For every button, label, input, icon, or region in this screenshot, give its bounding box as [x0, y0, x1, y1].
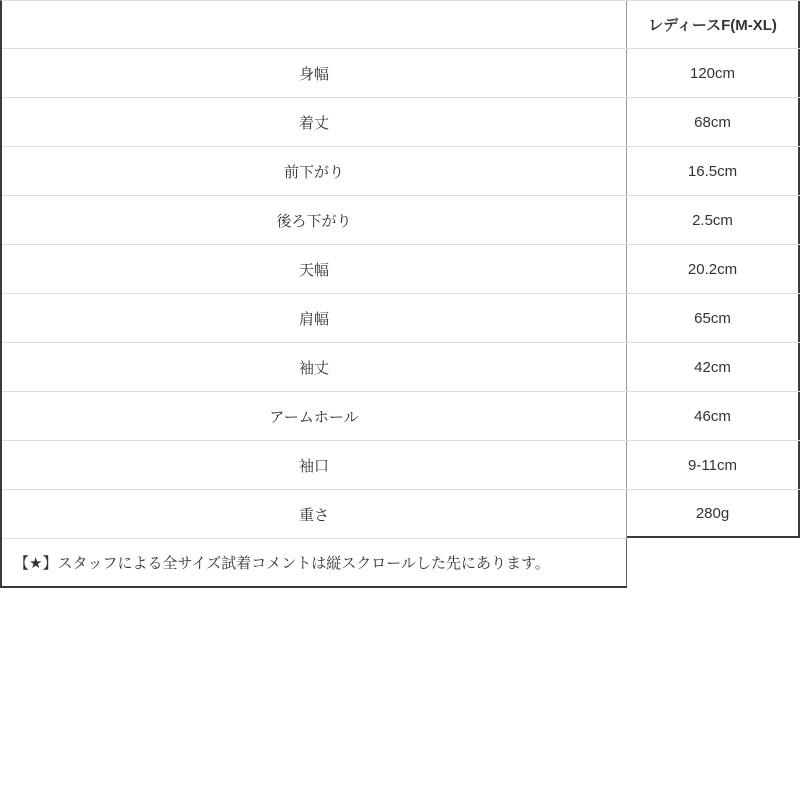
measurement-value: 20.2cm: [627, 245, 800, 293]
table-row: 袖口 9-11cm: [2, 440, 800, 489]
measurement-label: 前下がり: [2, 147, 627, 195]
measurement-value: 68cm: [627, 98, 800, 146]
footnote: 【★】スタッフによる全サイズ試着コメントは縦スクロールした先にあります。: [2, 538, 627, 588]
table-row: 着丈 68cm: [2, 97, 800, 146]
table-row: 後ろ下がり 2.5cm: [2, 195, 800, 244]
table-row: 重さ 280g: [2, 489, 800, 538]
table-row: 肩幅 65cm: [2, 293, 800, 342]
page: レディースF(M-XL) 身幅 120cm 着丈 68cm 前下がり 16.5c…: [0, 0, 800, 800]
measurement-value: 280g: [627, 490, 800, 538]
measurement-label: 袖口: [2, 441, 627, 489]
measurement-label: 袖丈: [2, 343, 627, 391]
header-empty-cell: [2, 1, 627, 48]
table-row: アームホール 46cm: [2, 391, 800, 440]
measurement-value: 120cm: [627, 49, 800, 97]
table-row: 身幅 120cm: [2, 48, 800, 97]
measurement-value: 42cm: [627, 343, 800, 391]
table-row: 袖丈 42cm: [2, 342, 800, 391]
header-size-label: レディースF(M-XL): [627, 1, 800, 48]
measurement-value: 65cm: [627, 294, 800, 342]
table-header-row: レディースF(M-XL): [2, 1, 800, 48]
measurement-value: 46cm: [627, 392, 800, 440]
table-row: 前下がり 16.5cm: [2, 146, 800, 195]
size-spec-table: レディースF(M-XL) 身幅 120cm 着丈 68cm 前下がり 16.5c…: [0, 0, 800, 588]
measurement-value: 2.5cm: [627, 196, 800, 244]
measurement-label: 重さ: [2, 490, 627, 538]
table-row: 天幅 20.2cm: [2, 244, 800, 293]
measurement-value: 16.5cm: [627, 147, 800, 195]
measurement-label: 身幅: [2, 49, 627, 97]
measurement-label: 着丈: [2, 98, 627, 146]
measurement-label: 肩幅: [2, 294, 627, 342]
measurement-value: 9-11cm: [627, 441, 800, 489]
measurement-label: アームホール: [2, 392, 627, 440]
measurement-label: 天幅: [2, 245, 627, 293]
measurement-label: 後ろ下がり: [2, 196, 627, 244]
